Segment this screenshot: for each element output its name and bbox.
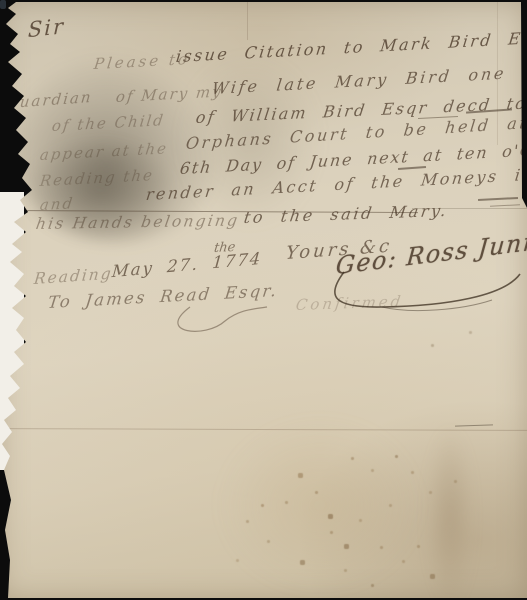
line4: Orphans Court to be held at	[185, 113, 527, 153]
ink-dash	[466, 108, 512, 113]
gray-wash-stain	[180, 55, 320, 225]
charcoal-stain	[12, 52, 222, 242]
line7-faded: his Hands belonging	[35, 211, 241, 233]
tan-stain	[220, 420, 420, 590]
place-faded: Reading	[33, 264, 114, 288]
ink-dash	[490, 204, 520, 207]
fold-crease-line	[412, 208, 527, 209]
charcoal-stain-dark	[20, 135, 180, 245]
line1-faded: Please to	[93, 50, 191, 73]
inserted-word: the	[213, 240, 236, 256]
signature: Geo: Ross Junr	[335, 227, 527, 280]
signature-flourish	[322, 262, 527, 318]
fold-crease-line	[0, 428, 527, 431]
fold-crease-mark	[455, 424, 493, 426]
document-photo: Sir Please to issue Citation to Mark Bir…	[0, 0, 527, 600]
line2-faded-a: Guardian	[5, 88, 93, 112]
addressee-flourish	[95, 303, 285, 343]
line5: 6th Day of June next at ten o'Clock	[179, 138, 527, 178]
stain-streak	[428, 430, 472, 600]
vertical-crease	[497, 0, 498, 145]
line5-faded: Reading the	[39, 166, 155, 190]
edge-notch	[0, 0, 6, 9]
line6: render an Acct of the Moneys in	[145, 165, 527, 205]
ink-strike	[398, 166, 426, 169]
addressee-line: To James Read Esqr.	[47, 281, 280, 312]
docket-note-faint: Confirmed	[295, 292, 405, 314]
manuscript-paper: Sir Please to issue Citation to Mark Bir…	[0, 0, 527, 600]
line4-faded: appear at the	[39, 139, 169, 164]
ink-dash	[478, 197, 518, 201]
vertical-crease	[247, 0, 248, 40]
date-line: May 27. 1774	[111, 249, 263, 281]
line3-faded: of the Child	[51, 111, 166, 135]
line1: issue Citation to Mark Bird Esqr	[175, 27, 527, 66]
line2-faded-b: of Mary my	[115, 82, 224, 106]
line6-faded: and	[39, 194, 75, 214]
ink-strike	[418, 116, 458, 119]
line7: to the said Mary.	[243, 201, 450, 227]
line3: of William Bird Esqr decd to	[195, 93, 527, 127]
salutation: Sir	[28, 14, 66, 42]
closing: Yours &c	[285, 235, 393, 264]
line2: Wife late Mary Bird one	[211, 63, 508, 98]
fold-crease-line	[0, 210, 418, 213]
